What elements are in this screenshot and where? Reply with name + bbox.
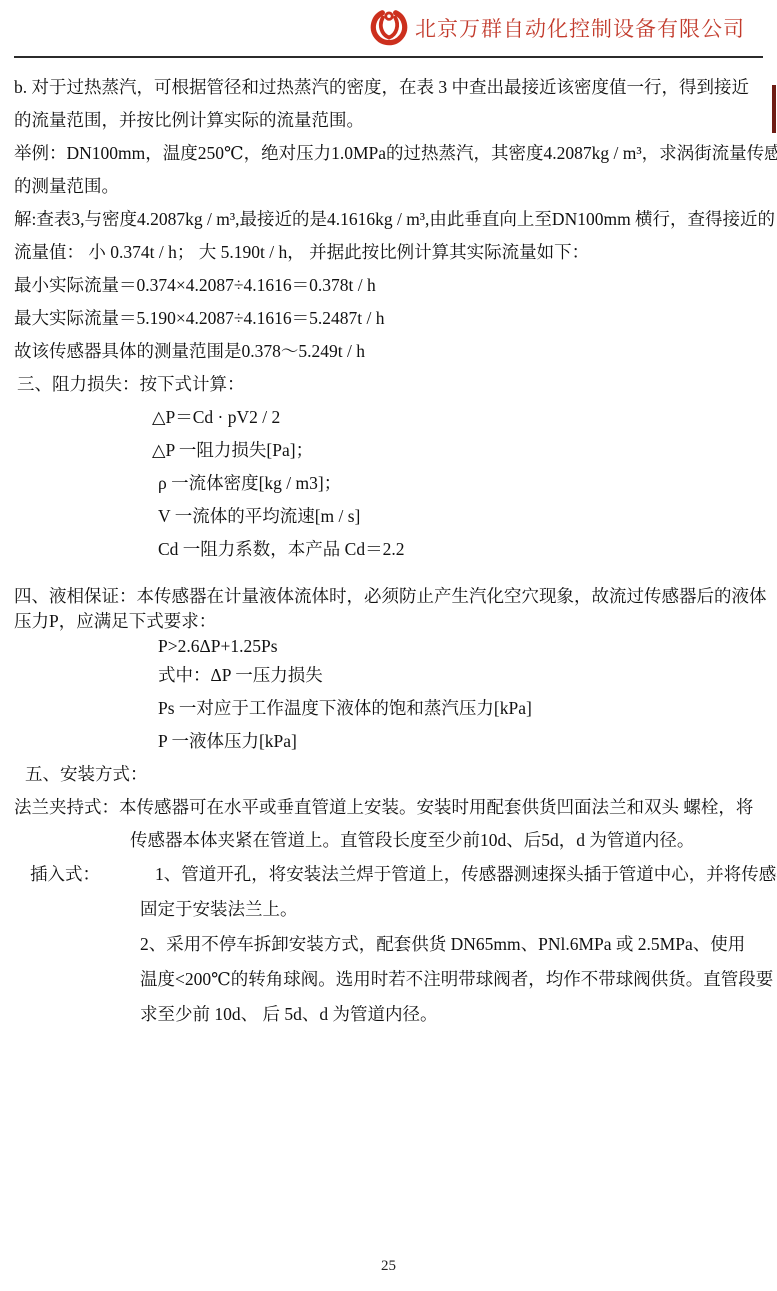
insert-item2-line3: 求至少前 10d、 后 5d、d 为管道内径。 — [140, 997, 777, 1032]
insert-type-row: 插入式： 1、管道开孔，将安装法兰焊于管道上，传感器测速探头插于管道中心，并将传… — [0, 857, 777, 892]
dp-definition: △P 一阻力损失[Pa]； — [152, 434, 777, 467]
min-flow-equation: 最小实际流量＝0.374×4.2087÷4.1616＝0.378t / h — [14, 269, 777, 302]
page-header: 北京万群自动化控制设备有限公司 — [0, 0, 777, 56]
flange-clamp-line2: 传感器本体夹紧在管道上。直管段长度至少前10d、后5d，d 为管道内径。 — [130, 824, 777, 857]
page-number: 25 — [0, 1258, 777, 1275]
example-line1: 举例：DN100mm，温度250℃，绝对压力1.0MPa的过热蒸汽，其密度4.2… — [14, 137, 777, 170]
flange-clamp-line1: 法兰夹持式：本传感器可在水平或垂直管道上安装。安装时用配套供货凹面法兰和双头 螺… — [14, 791, 777, 824]
insert-item2-line2: 温度<200℃的转角球阀。选用时若不注明带球阀者，均作不带球阀供货。直管段要 — [140, 962, 777, 997]
insert-item2-line1: 2、采用不停车拆卸安装方式，配套供货 DN65mm、PNl.6MPa 或 2.5… — [140, 927, 777, 962]
rho-definition: ρ 一流体密度[kg / m3]； — [158, 467, 777, 500]
insert-item1-line1: 1、管道开孔，将安装法兰焊于管道上，传感器测速探头插于管道中心，并将传感器 — [155, 857, 777, 892]
document-page: 北京万群自动化控制设备有限公司 b. 对于过热蒸汽，可根据管径和过热蒸汽的密度，… — [0, 0, 777, 1291]
document-body: b. 对于过热蒸汽，可根据管径和过热蒸汽的密度，在表 3 中查出最接近该密度值一… — [0, 71, 777, 1032]
liquid-pressure-formula: P>2.6ΔP+1.25Ps — [158, 634, 777, 659]
p-definition: P 一液体压力[kPa] — [158, 725, 777, 758]
ps-definition: Ps 一对应于工作温度下液体的饱和蒸汽压力[kPa] — [158, 692, 777, 725]
company-name: 北京万群自动化控制设备有限公司 — [415, 13, 745, 43]
para-b-line2: 的流量范围，并按比例计算实际的流量范围。 — [14, 104, 777, 137]
solution-line1: 解:查表3,与密度4.2087kg / m³,最接近的是4.1616kg / m… — [14, 203, 777, 236]
max-flow-equation: 最大实际流量＝5.190×4.2087÷4.1616＝5.2487t / h — [14, 302, 777, 335]
formula-where-dp: 式中：ΔP 一压力损失 — [158, 659, 777, 692]
cd-definition: Cd 一阻力系数，本产品 Cd＝2.2 — [158, 533, 777, 566]
insert-item1-line2: 固定于安装法兰上。 — [140, 892, 777, 927]
solution-line2: 流量值： 小 0.374t / h； 大 5.190t / h， 并据此按比例计… — [14, 236, 777, 269]
section-4-line1: 四、液相保证：本传感器在计量液体流体时，必须防止产生汽化空穴现象，故流过传感器后… — [14, 584, 777, 609]
insert-type-label: 插入式： — [30, 857, 100, 892]
header-divider — [14, 56, 763, 58]
section-3-heading: 三、阻力损失：按下式计算： — [17, 368, 777, 401]
section-4-line2: 压力P，应满足下式要求： — [14, 609, 777, 634]
range-conclusion: 故该传感器具体的测量范围是0.378～5.249t / h — [14, 335, 777, 368]
example-line2: 的测量范围。 — [14, 170, 777, 203]
v-definition: V 一流体的平均流速[m / s] — [158, 500, 777, 533]
pressure-loss-formula: △P＝Cd · pV2 / 2 — [152, 401, 777, 434]
para-b-line1: b. 对于过热蒸汽，可根据管径和过热蒸汽的密度，在表 3 中查出最接近该密度值一… — [14, 71, 777, 104]
company-logo-icon — [370, 8, 408, 48]
section-5-heading: 五、安装方式： — [25, 758, 777, 791]
